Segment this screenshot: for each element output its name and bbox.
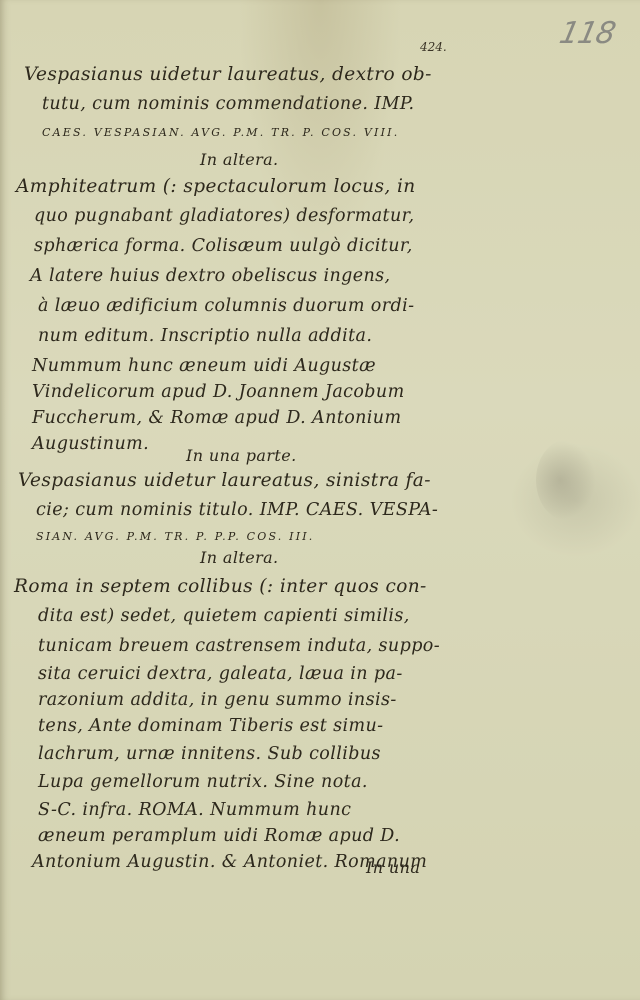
text-line: tens, Ante dominam Tiberis est simu-	[38, 716, 383, 736]
text-line: quo pugnabant gladiatores) desformatur,	[34, 206, 414, 226]
text-line: Amphiteatrum (: spectaculorum locus, in	[16, 176, 416, 197]
text-line: A latere huius dextro obeliscus ingens,	[30, 266, 391, 286]
text-line: à læuo ædificium columnis duorum ordi-	[38, 296, 414, 316]
text-line: razonium addita, in genu summo insis-	[38, 690, 397, 710]
text-line: Nummum hunc æneum uidi Augustæ	[32, 356, 376, 376]
section-heading: In una parte.	[186, 446, 297, 465]
paper-stain	[536, 440, 596, 520]
text-line: Vespasianus uidetur laureatus, dextro ob…	[24, 64, 432, 85]
text-line: lachrum, urnæ innitens. Sub collibus	[38, 744, 381, 764]
text-line: S-C. infra. ROMA. Nummum hunc	[38, 800, 351, 820]
text-line: tutu, cum nominis commendatione. IMP.	[42, 94, 415, 114]
folio-number: 118	[556, 16, 618, 51]
text-line: dita est) sedet, quietem capienti simili…	[38, 606, 410, 626]
text-line: Augustinum.	[32, 434, 149, 454]
text-line: Vespasianus uidetur laureatus, sinistra …	[18, 470, 431, 491]
text-line: æneum peramplum uidi Romæ apud D.	[38, 826, 400, 846]
manuscript-page: 118 424. Vespasianus uidetur laureatus, …	[0, 0, 640, 1000]
text-line: sphærica forma. Colisæum uulgò dicitur,	[34, 236, 413, 256]
section-heading: In altera.	[200, 548, 279, 567]
catchword: In una	[366, 858, 420, 877]
page-number: 424.	[420, 40, 447, 54]
legend-inscription: SIAN. AVG. P.M. TR. P. P.P. COS. III.	[36, 530, 315, 543]
text-line: Vindelicorum apud D. Joannem Jacobum	[32, 382, 405, 402]
text-line: cie; cum nominis titulo. IMP. CAES. VESP…	[36, 500, 438, 520]
legend-inscription: CAES. VESPASIAN. AVG. P.M. TR. P. COS. V…	[42, 126, 399, 139]
text-line: tunicam breuem castrensem induta, suppo-	[38, 636, 440, 656]
text-line: Roma in septem collibus (: inter quos co…	[14, 576, 427, 597]
text-line: Fuccherum, & Romæ apud D. Antonium	[32, 408, 401, 428]
text-line: Lupa gemellorum nutrix. Sine nota.	[38, 772, 368, 792]
section-heading: In altera.	[200, 150, 279, 169]
text-line: num editum. Inscriptio nulla addita.	[38, 326, 372, 346]
text-line: sita ceruici dextra, galeata, læua in pa…	[38, 664, 403, 684]
